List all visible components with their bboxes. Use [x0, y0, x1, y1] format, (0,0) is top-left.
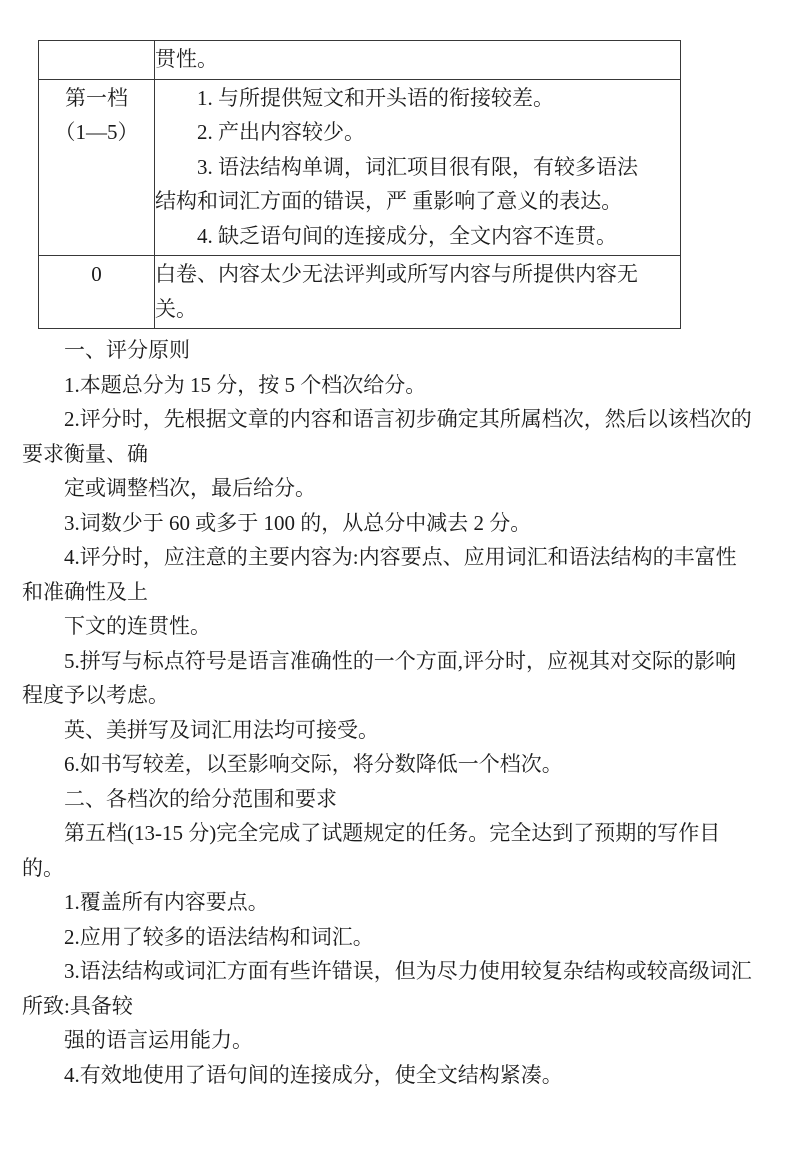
score-cell: 第一档（1—5）: [39, 79, 155, 256]
text-line: 所致:具备较: [22, 989, 798, 1024]
text-line: 定或调整档次，最后给分。: [22, 471, 798, 506]
text-line: 3.词数少于 60 或多于 100 的，从总分中减去 2 分。: [22, 506, 798, 541]
score-cell: 0: [39, 256, 155, 329]
table-row: 0白卷、内容太少无法评判或所写内容与所提供内容无关。: [39, 256, 681, 329]
criteria-cell: 贯性。: [155, 41, 681, 80]
text-line: 二、各档次的给分范围和要求: [22, 782, 798, 817]
criteria-cell: 白卷、内容太少无法评判或所写内容与所提供内容无关。: [155, 256, 681, 329]
score-line: （1—5）: [39, 115, 154, 150]
document-page: 贯性。第一档（1—5）1. 与所提供短文和开头语的衔接较差。2. 产出内容较少。…: [0, 0, 800, 1162]
text-line: 要求衡量、确: [22, 437, 798, 472]
text-line: 4.有效地使用了语句间的连接成分，使全文结构紧凑。: [22, 1058, 798, 1093]
body-text-block: 一、评分原则1.本题总分为 15 分，按 5 个档次给分。2.评分时，先根据文章…: [22, 333, 798, 1092]
criteria-line: 贯性。: [155, 42, 680, 77]
table-row: 贯性。: [39, 41, 681, 80]
text-line: 3.语法结构或词汇方面有些许错误，但为尽力使用较复杂结构或较高级词汇: [22, 954, 798, 989]
text-line: 和准确性及上: [22, 575, 798, 610]
text-line: 4.评分时，应注意的主要内容为:内容要点、应用词汇和语法结构的丰富性: [22, 540, 798, 575]
text-line: 的。: [22, 851, 798, 886]
rubric-table-body: 贯性。第一档（1—5）1. 与所提供短文和开头语的衔接较差。2. 产出内容较少。…: [39, 41, 681, 329]
text-line: 2.应用了较多的语法结构和词汇。: [22, 920, 798, 955]
criteria-cell: 1. 与所提供短文和开头语的衔接较差。2. 产出内容较少。3. 语法结构单调，词…: [155, 79, 681, 256]
criteria-line: 2. 产出内容较少。: [155, 115, 680, 150]
score-line: 第一档: [39, 81, 154, 116]
text-line: 强的语言运用能力。: [22, 1023, 798, 1058]
text-line: 2.评分时，先根据文章的内容和语言初步确定其所属档次，然后以该档次的: [22, 402, 798, 437]
criteria-line: 白卷、内容太少无法评判或所写内容与所提供内容无: [155, 257, 680, 292]
criteria-line: 4. 缺乏语句间的连接成分，全文内容不连贯。: [155, 219, 680, 254]
text-line: 1.覆盖所有内容要点。: [22, 885, 798, 920]
text-line: 6.如书写较差，以至影响交际，将分数降低一个档次。: [22, 747, 798, 782]
text-line: 1.本题总分为 15 分，按 5 个档次给分。: [22, 368, 798, 403]
text-line: 5.拼写与标点符号是语言准确性的一个方面,评分时，应视其对交际的影响: [22, 644, 798, 679]
text-line: 英、美拼写及词汇用法均可接受。: [22, 713, 798, 748]
text-line: 一、评分原则: [22, 333, 798, 368]
text-line: 程度予以考虑。: [22, 678, 798, 713]
criteria-line: 关。: [155, 292, 680, 327]
text-line: 下文的连贯性。: [22, 609, 798, 644]
rubric-table: 贯性。第一档（1—5）1. 与所提供短文和开头语的衔接较差。2. 产出内容较少。…: [38, 40, 681, 329]
score-line: 0: [39, 257, 154, 292]
text-line: 第五档(13-15 分)完全完成了试题规定的任务。完全达到了预期的写作目: [22, 816, 798, 851]
criteria-line: 结构和词汇方面的错误，严 重影响了意义的表达。: [155, 184, 680, 219]
table-row: 第一档（1—5）1. 与所提供短文和开头语的衔接较差。2. 产出内容较少。3. …: [39, 79, 681, 256]
criteria-line: 3. 语法结构单调，词汇项目很有限，有较多语法: [155, 150, 680, 185]
score-cell: [39, 41, 155, 80]
criteria-line: 1. 与所提供短文和开头语的衔接较差。: [155, 81, 680, 116]
